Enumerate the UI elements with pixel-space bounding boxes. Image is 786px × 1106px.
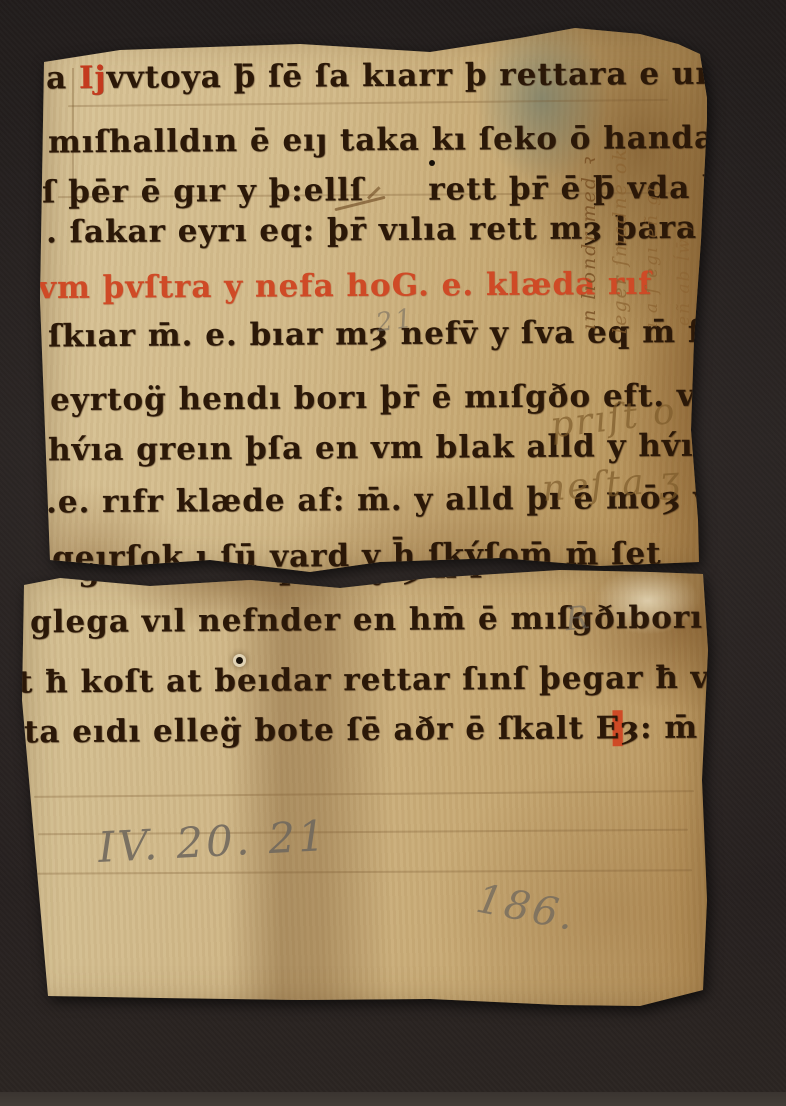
lower-fragment-wrapper: gefı ð ſkat þ ım̄ y ȝ h ſ glega vıl nefn… — [18, 565, 710, 1010]
line1-rest: vvtoya þ̄ ſē ſa kıarr þ rettara e uıȷ — [106, 56, 710, 96]
upper-fragment-wrapper: a Ijvvtoya þ̄ ſē ſa kıarr þ rettara e uı… — [38, 28, 710, 574]
line3-left: ſ þēr ē gır y þ:ellſ — [42, 172, 365, 210]
vertical-marginalia-4: eñ ab ĺw̄ ſ — [674, 221, 694, 326]
vertical-marginalia-2: leger ſmadne ok — [609, 147, 631, 334]
line3-right: rett þr̄ ē þ̄ vda þa — [428, 170, 710, 208]
pencil-shelfmark: IV. 20. 21 — [97, 811, 329, 872]
scan-edge-strip — [0, 1092, 786, 1106]
ruling-line — [34, 790, 694, 798]
pencil-note: 21 — [374, 303, 417, 338]
pencil-folio-number: 186. — [473, 876, 581, 940]
worm-hole — [236, 657, 243, 664]
pencil-r-mark: R — [563, 598, 594, 639]
manuscript-photograph: a Ijvvtoya þ̄ ſē ſa kıarr þ rettara e uı… — [0, 0, 786, 1106]
upper-parchment-fragment: a Ijvvtoya þ̄ ſē ſa kıarr þ rettara e uı… — [38, 28, 710, 574]
red-initial: Ij — [79, 60, 107, 96]
ruling-line — [68, 99, 668, 107]
line1-prefix: a — [46, 60, 79, 96]
line3-end: m̄ — [652, 710, 698, 746]
vertical-marginalia-3: ı a ſ egı eñ gr̄ — [642, 183, 662, 328]
cut-text-line: gefı ð ſkat þ ım̄ y ȝ h ſ — [78, 565, 484, 588]
worm-hole — [429, 160, 435, 166]
vertical-marginalia-1: ın lıondr med ꝛ — [575, 156, 601, 330]
text-line-3: ta eıdı elleg̈ bote ſē aðr ē ſkalt Eȝ: m… — [24, 710, 698, 751]
lower-parchment-fragment: gefı ð ſkat þ ım̄ y ȝ h ſ glega vıl nefn… — [18, 565, 710, 1010]
red-touched-capital: Eȝ: — [596, 710, 653, 746]
line3-body: ta eıdı elleg̈ bote ſē aðr ē ſkalt — [24, 710, 596, 750]
rubric-line: vm þvſtra y nefa hoG. e. klæda rıf — [38, 266, 653, 306]
text-line-1: glega vıl nefnder en hm̄ ē mıſgðıborı — [30, 600, 703, 641]
text-line-2: t ħ koſt at beıdar rettar ſınſ þegar ħ v… — [18, 659, 710, 700]
text-line-1: a Ijvvtoya þ̄ ſē ſa kıarr þ rettara e uı… — [46, 56, 710, 97]
